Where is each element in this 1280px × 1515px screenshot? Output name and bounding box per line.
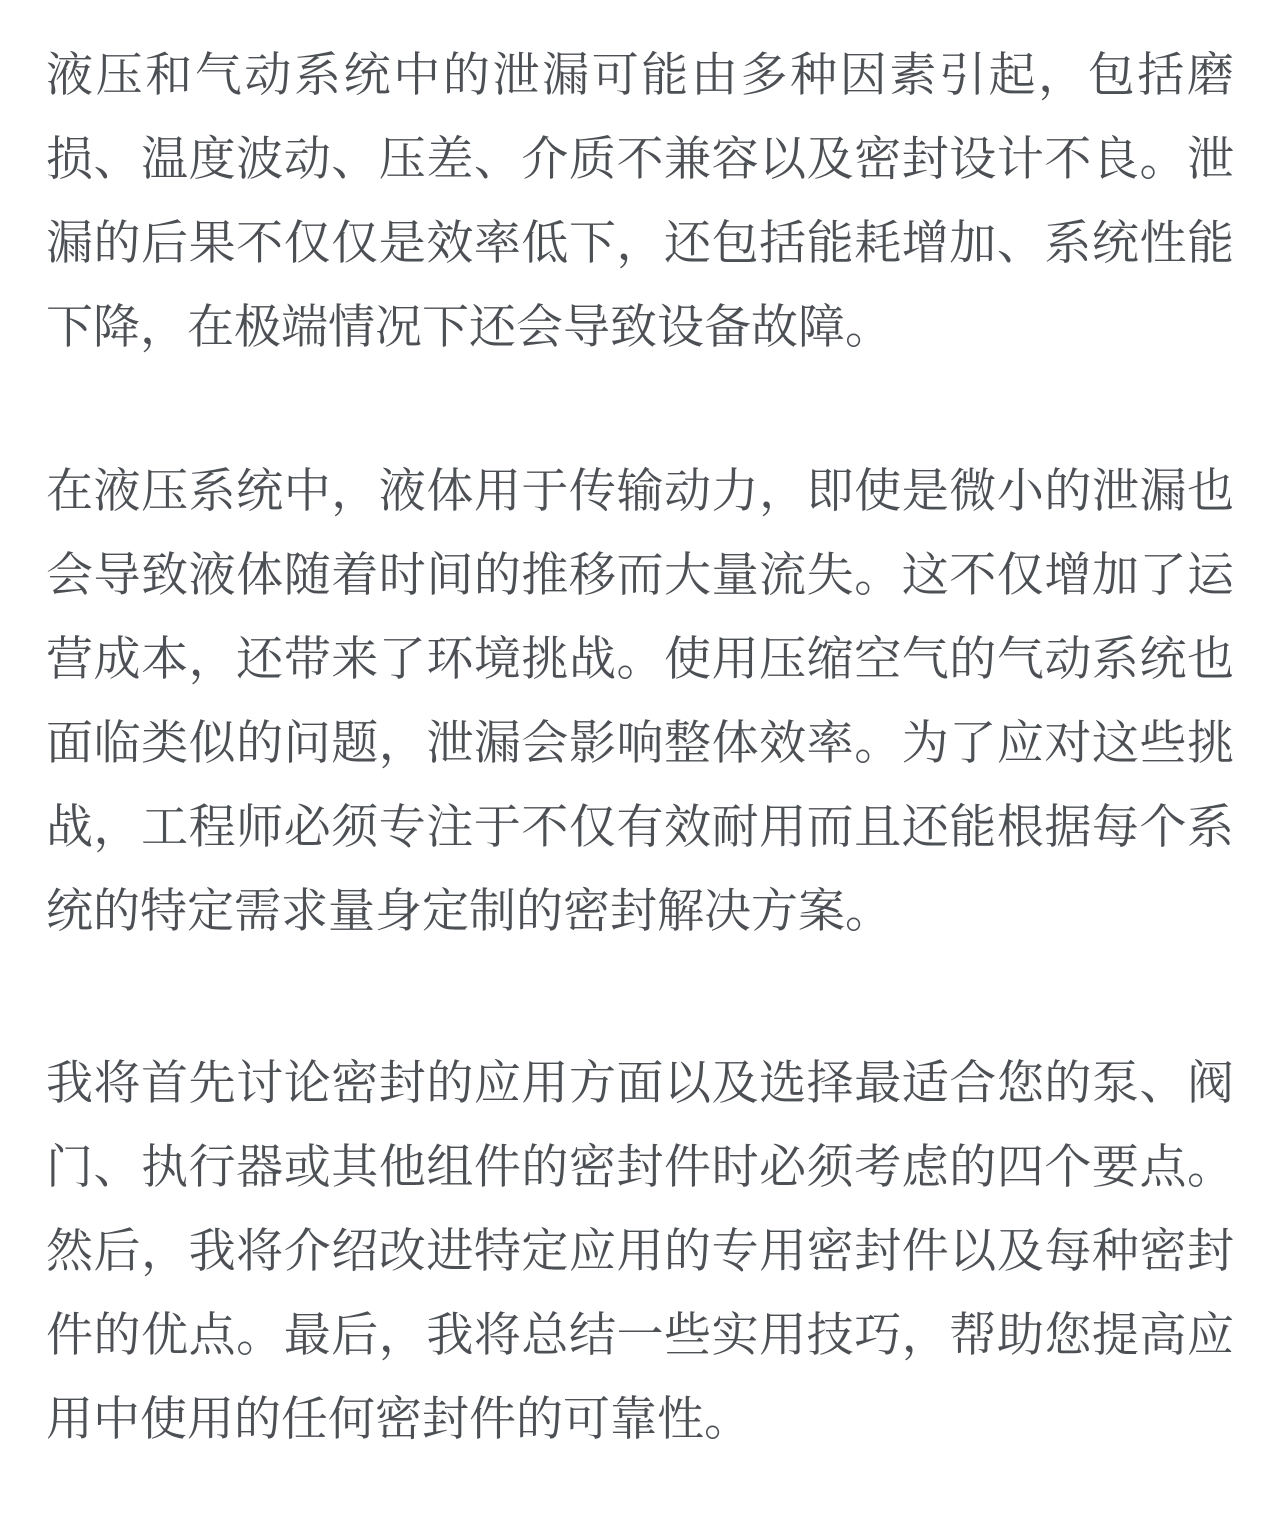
article-body: 液压和气动系统中的泄漏可能由多种因素引起，包括磨 损、温度波动、压差、介质不兼容… bbox=[0, 0, 1280, 1461]
text-line: 损、温度波动、压差、介质不兼容以及密封设计不良。泄 bbox=[46, 117, 1234, 201]
paragraph-article-roadmap: 我将首先讨论密封的应用方面以及选择最适合您的泵、阀 门、执行器或其他组件的密封件… bbox=[46, 1041, 1234, 1461]
text-line: 门、执行器或其他组件的密封件时必须考虑的四个要点。 bbox=[46, 1125, 1234, 1209]
text-line: 面临类似的问题，泄漏会影响整体效率。为了应对这些挑 bbox=[46, 701, 1234, 785]
text-line: 然后，我将介绍改进特定应用的专用密封件以及每种密封 bbox=[46, 1209, 1234, 1293]
text-line: 件的优点。最后，我将总结一些实用技巧，帮助您提高应 bbox=[46, 1293, 1234, 1377]
text-line: 战，工程师必须专注于不仅有效耐用而且还能根据每个系 bbox=[46, 785, 1234, 869]
paragraph-hydraulic-pneumatic-challenges: 在液压系统中，液体用于传输动力，即使是微小的泄漏也 会导致液体随着时间的推移而大… bbox=[46, 449, 1234, 953]
text-line: 在液压系统中，液体用于传输动力，即使是微小的泄漏也 bbox=[46, 449, 1234, 533]
paragraph-leak-causes: 液压和气动系统中的泄漏可能由多种因素引起，包括磨 损、温度波动、压差、介质不兼容… bbox=[46, 33, 1234, 369]
text-line: 统的特定需求量身定制的密封解决方案。 bbox=[46, 869, 1234, 953]
text-line: 液压和气动系统中的泄漏可能由多种因素引起，包括磨 bbox=[46, 33, 1234, 117]
text-line: 我将首先讨论密封的应用方面以及选择最适合您的泵、阀 bbox=[46, 1041, 1234, 1125]
text-line: 用中使用的任何密封件的可靠性。 bbox=[46, 1377, 1234, 1461]
text-line: 营成本，还带来了环境挑战。使用压缩空气的气动系统也 bbox=[46, 617, 1234, 701]
text-line: 会导致液体随着时间的推移而大量流失。这不仅增加了运 bbox=[46, 533, 1234, 617]
text-line: 下降，在极端情况下还会导致设备故障。 bbox=[46, 285, 1234, 369]
text-line: 漏的后果不仅仅是效率低下，还包括能耗增加、系统性能 bbox=[46, 201, 1234, 285]
